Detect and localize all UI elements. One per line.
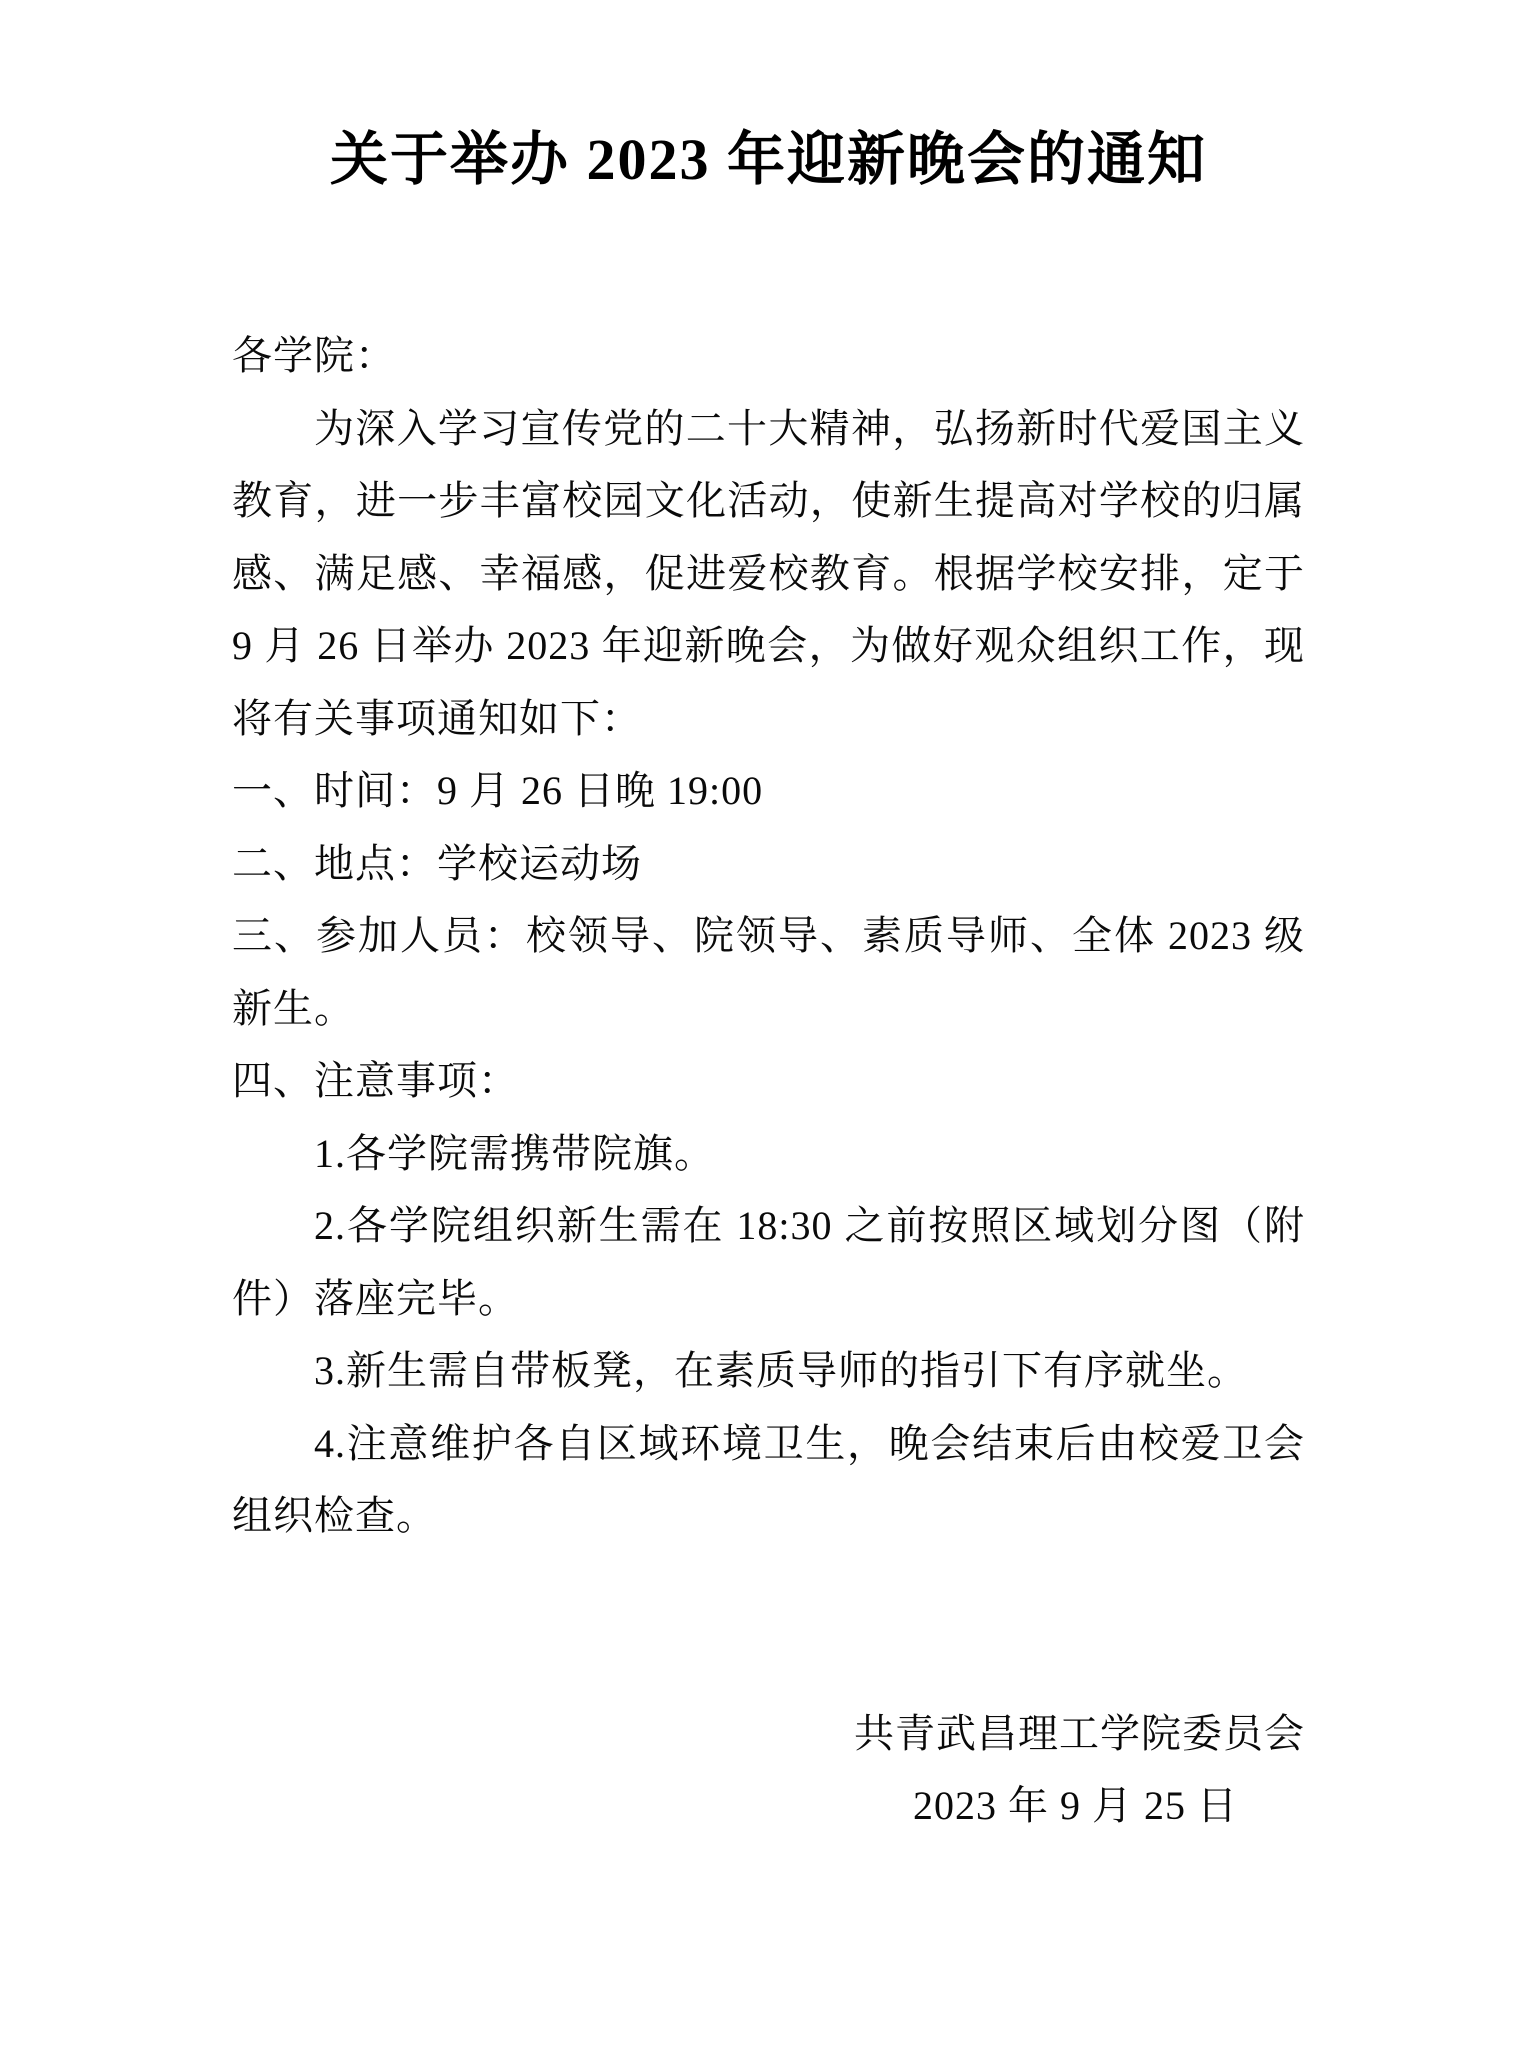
document-line: 感、满足感、幸福感，促进爱校教育。根据学校安排，定于 [232, 538, 1305, 611]
document-line: 各学院： [232, 320, 1305, 393]
document-line: 组织检查。 [232, 1480, 1305, 1553]
document-line: 一、时间：9 月 26 日晚 19:00 [232, 755, 1305, 828]
notice-body: 各学院：为深入学习宣传党的二十大精神，弘扬新时代爱国主义教育，进一步丰富校园文化… [232, 320, 1305, 1843]
document-line: 将有关事项通知如下： [232, 683, 1305, 756]
document-blank-line [232, 1625, 1305, 1698]
document-blank-line [232, 1553, 1305, 1626]
document-line: 1.各学院需携带院旗。 [232, 1118, 1305, 1191]
document-line: 2023 年 9 月 25 日 [232, 1770, 1305, 1843]
document-line: 为深入学习宣传党的二十大精神，弘扬新时代爱国主义 [232, 393, 1305, 466]
document-line: 二、地点：学校运动场 [232, 828, 1305, 901]
document-line: 教育，进一步丰富校园文化活动，使新生提高对学校的归属 [232, 465, 1305, 538]
document-line: 件）落座完毕。 [232, 1263, 1305, 1336]
document-line: 共青武昌理工学院委员会 [232, 1698, 1305, 1771]
document-line: 9 月 26 日举办 2023 年迎新晚会，为做好观众组织工作，现 [232, 610, 1305, 683]
document-line: 3.新生需自带板凳，在素质导师的指引下有序就坐。 [232, 1335, 1305, 1408]
document-line: 四、注意事项： [232, 1045, 1305, 1118]
notice-title: 关于举办 2023 年迎新晚会的通知 [232, 112, 1305, 208]
document-line: 2.各学院组织新生需在 18:30 之前按照区域划分图（附 [232, 1190, 1305, 1263]
notice-document-page: 关于举办 2023 年迎新晚会的通知 各学院：为深入学习宣传党的二十大精神，弘扬… [0, 0, 1538, 2047]
document-line: 4.注意维护各自区域环境卫生，晚会结束后由校爱卫会 [232, 1408, 1305, 1481]
document-line: 新生。 [232, 973, 1305, 1046]
document-line: 三、参加人员：校领导、院领导、素质导师、全体 2023 级 [232, 900, 1305, 973]
